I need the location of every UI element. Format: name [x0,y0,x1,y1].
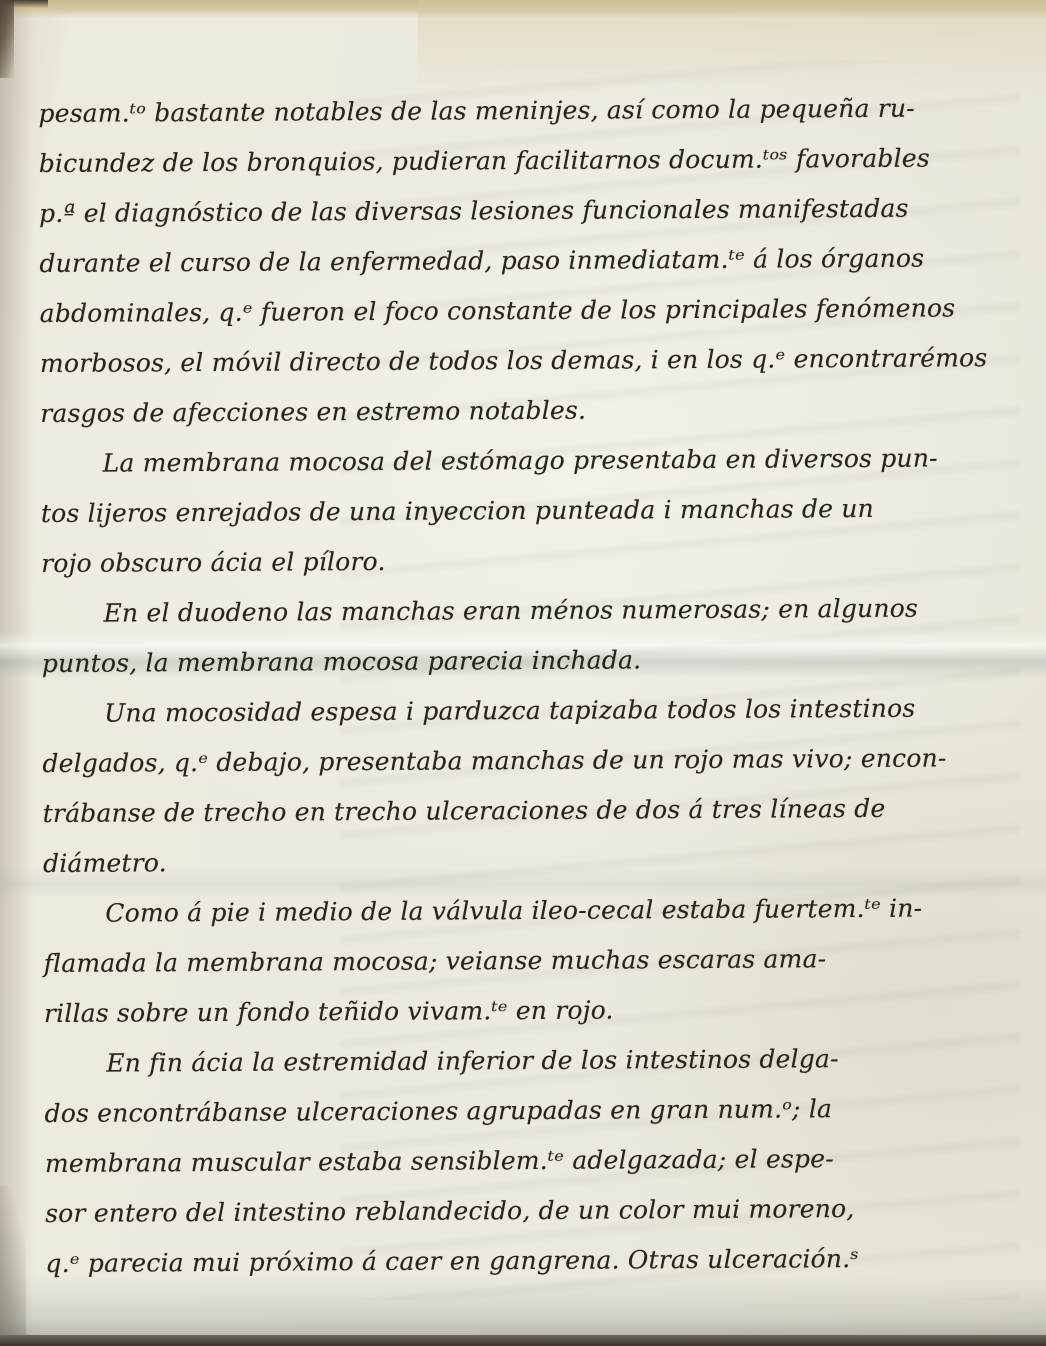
manuscript-line: En el duodeno las manchas eran ménos num… [41,585,1021,641]
manuscript-line: p.ª el diagnóstico de las diversas lesio… [39,185,1019,241]
manuscript-line: abdominales, q.ᵉ fueron el foco constant… [40,285,1020,341]
manuscript-line: diámetro. [43,835,1023,891]
manuscript-line: dos encontrábanse ulceraciones agrupadas… [44,1085,1024,1141]
page-bottom-shadow [0,1276,1046,1336]
manuscript-line: Una mocosidad espesa i parduzca tapizaba… [42,685,1022,741]
manuscript-line: membrana muscular estaba sensiblem.ᵗᵉ ad… [45,1135,1025,1191]
manuscript-line: rojo obscuro ácia el píloro. [41,535,1021,591]
manuscript-page: pesam.ᵗᵒ bastante notables de las meninj… [0,0,1046,1346]
manuscript-line: trábanse de trecho en trecho ulceracione… [43,785,1023,841]
manuscript-line: durante el curso de la enfermedad, paso … [39,235,1019,291]
manuscript-line: pesam.ᵗᵒ bastante notables de las meninj… [38,85,1018,141]
paper-tint [418,0,1046,95]
manuscript-line: morbosos, el móvil directo de todos los … [40,335,1020,391]
manuscript-line: La membrana mocosa del estómago presenta… [40,435,1020,491]
manuscript-line: En fin ácia la estremidad inferior de lo… [44,1035,1024,1091]
manuscript-line: flamada la membrana mocosa; veianse much… [44,935,1024,991]
manuscript-line: puntos, la membrana mocosa parecia incha… [42,635,1022,691]
page-bottom-edge [0,1335,1046,1346]
handwritten-text-block: pesam.ᵗᵒ bastante notables de las meninj… [38,85,1025,1291]
manuscript-line: rasgos de afecciones en estremo notables… [40,385,1020,441]
manuscript-line: tos lijeros enrejados de una inyeccion p… [41,485,1021,541]
manuscript-line: delgados, q.ᵉ debajo, presentaba manchas… [42,735,1022,791]
manuscript-line: bicundez de los bronquios, pudieran faci… [39,135,1019,191]
manuscript-line: sor entero del intestino reblandecido, d… [45,1185,1025,1241]
manuscript-line: rillas sobre un fondo teñido vivam.ᵗᵉ en… [44,985,1024,1041]
manuscript-line: Como á pie i medio de la válvula ileo-ce… [43,885,1023,941]
